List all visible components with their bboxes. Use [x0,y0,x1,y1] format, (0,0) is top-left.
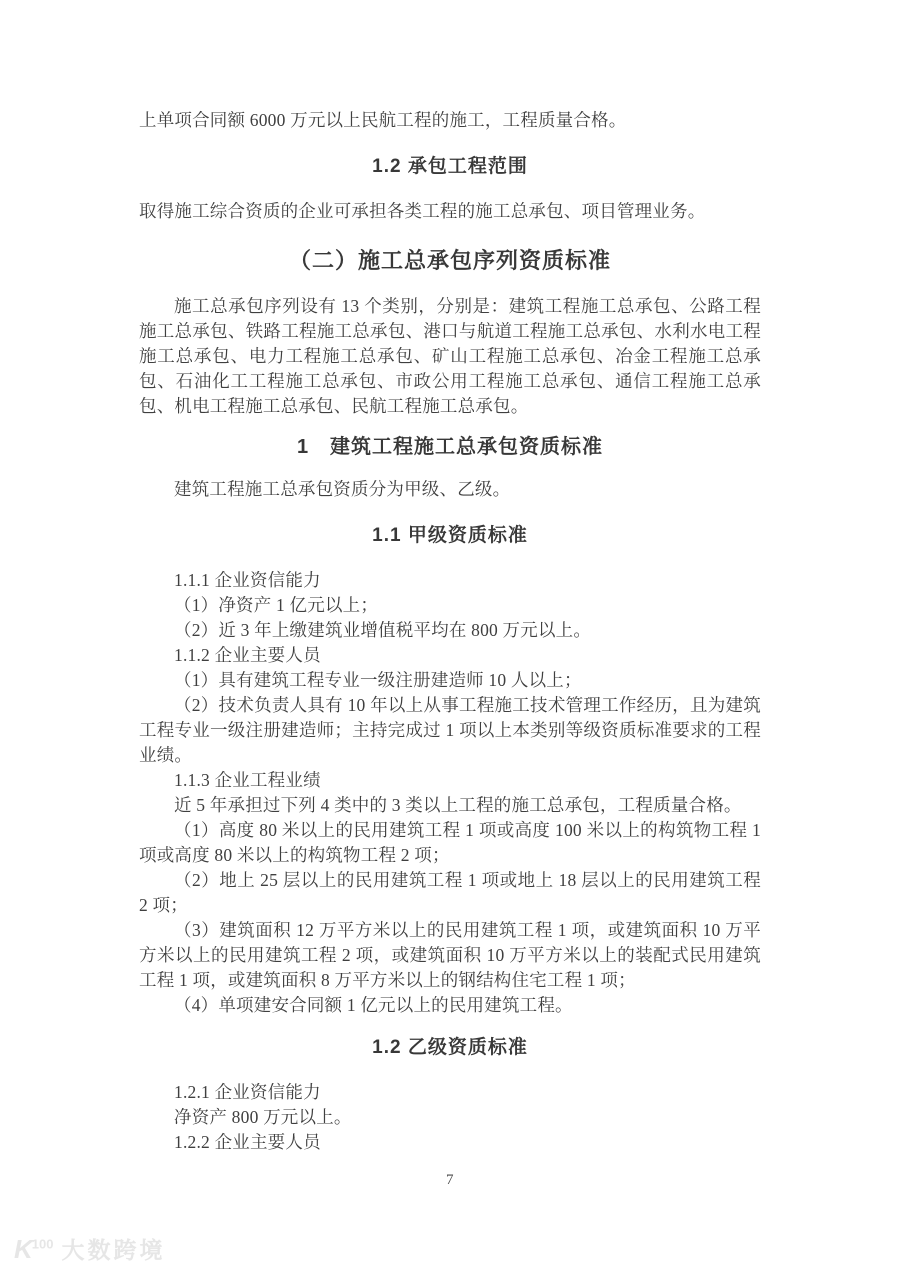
page-number: 7 [0,1172,900,1189]
section-heading: 1.2 承包工程范围 [139,155,761,179]
clause-line: 1.1.2 企业主要人员 [139,643,761,668]
clause-line: 净资产 800 万元以上。 [139,1105,761,1130]
document-body: 上单项合同额 6000 万元以上民航工程的施工，工程质量合格。 1.2 承包工程… [139,108,761,1155]
chapter-heading: 1 建筑工程施工总承包资质标准 [139,433,761,461]
watermark-logo-icon: K100 [14,1234,53,1265]
clause-line: 1.2.2 企业主要人员 [139,1130,761,1155]
paragraph: 施工总承包序列设有 13 个类别，分别是：建筑工程施工总承包、公路工程施工总承包… [139,294,761,419]
clause-line: （2）近 3 年上缴建筑业增值税平均在 800 万元以上。 [139,618,761,643]
clause-line: （3）建筑面积 12 万平方米以上的民用建筑工程 1 项，或建筑面积 10 万平… [139,918,761,993]
clause-line: （1）高度 80 米以上的民用建筑工程 1 项或高度 100 米以上的构筑物工程… [139,818,761,868]
clause-line: （2）地上 25 层以上的民用建筑工程 1 项或地上 18 层以上的民用建筑工程… [139,868,761,918]
paragraph: 取得施工综合资质的企业可承担各类工程的施工总承包、项目管理业务。 [139,199,761,224]
paragraph: 上单项合同额 6000 万元以上民航工程的施工，工程质量合格。 [139,108,761,133]
watermark-text: 大数跨境 [61,1232,165,1265]
clause-line: （1）净资产 1 亿元以上； [139,593,761,618]
section-heading: 1.2 乙级资质标准 [139,1036,761,1060]
clause-line: 1.1.1 企业资信能力 [139,568,761,593]
clause-line: 1.1.3 企业工程业绩 [139,768,761,793]
clause-line: （1）具有建筑工程专业一级注册建造师 10 人以上； [139,668,761,693]
clause-line: （2）技术负责人具有 10 年以上从事工程施工技术管理工作经历，且为建筑工程专业… [139,693,761,768]
clause-line: （4）单项建安合同额 1 亿元以上的民用建筑工程。 [139,993,761,1018]
clause-line: 1.2.1 企业资信能力 [139,1080,761,1105]
section-heading: （二）施工总承包序列资质标准 [139,246,761,276]
paragraph: 建筑工程施工总承包资质分为甲级、乙级。 [139,477,761,502]
watermark: K100 大数跨境 [14,1232,165,1265]
section-heading: 1.1 甲级资质标准 [139,524,761,548]
document-page: 上单项合同额 6000 万元以上民航工程的施工，工程质量合格。 1.2 承包工程… [0,0,900,1273]
clause-line: 近 5 年承担过下列 4 类中的 3 类以上工程的施工总承包，工程质量合格。 [139,793,761,818]
